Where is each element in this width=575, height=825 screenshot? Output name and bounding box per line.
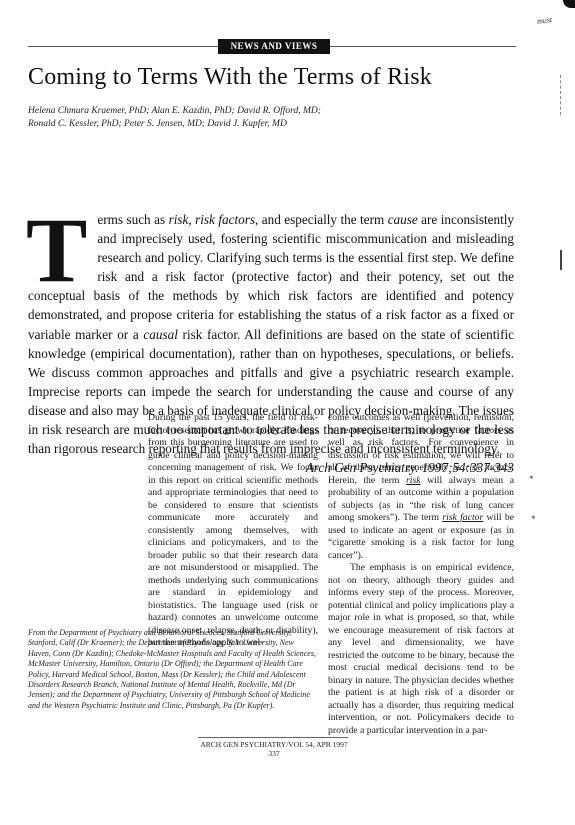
affiliations-footnote: From the Department of Psychiatry and Be…	[28, 628, 318, 711]
header-rule-right	[330, 46, 516, 47]
header-rule-left	[28, 46, 218, 47]
authors-line-1: Helena Chmura Kraemer, PhD; Alan E. Kazd…	[28, 105, 321, 118]
page-number: 337	[150, 749, 398, 758]
page-footer: ARCH GEN PSYCHIATRY/VOL 54, APR 1997 337	[150, 740, 398, 758]
margin-star-mark: *	[529, 474, 534, 484]
body-paragraph: come outcomes as well (prevention, remis…	[328, 412, 514, 562]
section-label: NEWS AND VIEWS	[218, 39, 330, 54]
author-list: Helena Chmura Kraemer, PhD; Alan E. Kazd…	[28, 105, 321, 131]
body-paragraph: The emphasis is on empirical evidence, n…	[328, 562, 514, 737]
margin-line-mark	[560, 250, 562, 270]
journal-line: ARCH GEN PSYCHIATRY/VOL 54, APR 1997	[150, 740, 398, 749]
article-title: Coming to Terms With the Terms of Risk	[28, 64, 432, 91]
authors-line-2: Ronald C. Kessler, PhD; Peter S. Jensen,…	[28, 118, 321, 131]
footer-rule	[198, 737, 348, 738]
margin-star-mark: *	[531, 514, 536, 524]
body-paragraph: During the past 15 years, the field of r…	[148, 412, 318, 650]
handwritten-margin-note: must	[536, 15, 552, 26]
corner-ink-mark	[563, 0, 575, 8]
body-column-2: come outcomes as well (prevention, remis…	[328, 412, 514, 737]
drop-cap: T	[26, 214, 87, 286]
margin-line-mark	[560, 75, 562, 115]
body-column-1: During the past 15 years, the field of r…	[148, 412, 318, 650]
